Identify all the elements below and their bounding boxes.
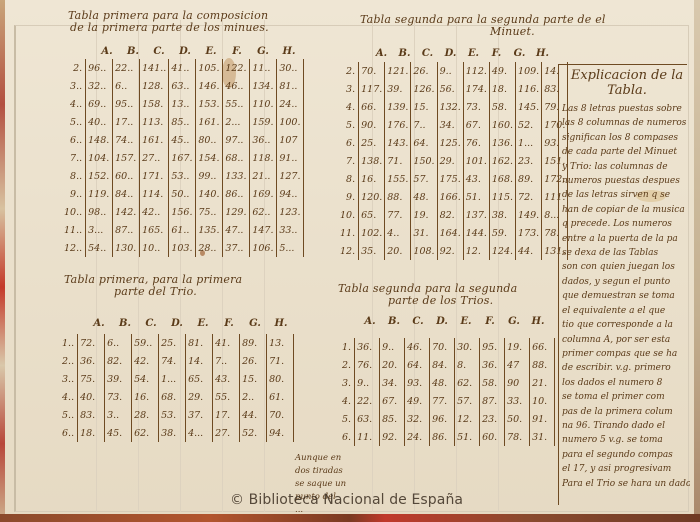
table3-col-c: C. [138, 318, 164, 329]
table-cell: 92. [380, 428, 405, 446]
table2-col-h: H. [531, 48, 554, 59]
table-cell: 44. [240, 406, 267, 424]
table-cell: 58. [480, 374, 505, 392]
table-row: 2.76.20.64.84.8.36.4788. [340, 356, 555, 374]
table-cell: 92. [437, 242, 463, 260]
table-cell: 116. [516, 80, 542, 98]
table-cell: 94.. [277, 185, 304, 203]
table-cell: 42.. [140, 203, 169, 221]
table-cell: 123. [277, 203, 304, 221]
table3-title: Tabla primera, para la primera parte del… [64, 274, 242, 298]
table3-col-f: F. [216, 318, 242, 329]
table-cell: 34. [380, 374, 405, 392]
table1-grid: 2.96..22..141..41..105.122.11..30..3..32… [62, 59, 304, 257]
table-cell: 101. [463, 152, 489, 170]
table-cell: 167. [169, 149, 196, 167]
table-row: 5.63.85.32.96.12.23.50.91. [340, 410, 555, 428]
row-label: 6.. [62, 131, 86, 149]
table-cell: 19. [505, 338, 530, 356]
table4-col-d: D. [430, 316, 454, 327]
table-cell: 100. [277, 113, 304, 131]
table-cell: 90. [359, 116, 385, 134]
table-cell: 78. [505, 428, 530, 446]
explanation-line: q precede. Los numeros [562, 217, 690, 231]
table-row: 4.22.67.49.77.57.87.33.10. [340, 392, 555, 410]
table-cell: 17. [213, 406, 240, 424]
explanation-line: pas de la primera colum [562, 405, 690, 419]
table-cell: 42. [132, 352, 159, 370]
table3-col-e: E. [190, 318, 216, 329]
table-cell: 159. [250, 113, 277, 131]
table-row: 3.117.39.126.56.174.18.116.83. [338, 80, 568, 98]
table-cell: 161. [140, 131, 169, 149]
row-label: 11. [338, 224, 359, 242]
table-cell: 62.. [250, 203, 277, 221]
row-label: 10. [338, 206, 359, 224]
table-cell: 24. [405, 428, 430, 446]
table-cell: 108. [411, 242, 437, 260]
table-cell: 6.. [105, 334, 132, 352]
table-cell: 113. [140, 113, 169, 131]
table-cell: 10.. [140, 239, 169, 257]
table3-col-d: D. [164, 318, 190, 329]
table-cell: 45. [105, 424, 132, 442]
table-cell: 45.. [169, 131, 196, 149]
table-cell: 91. [530, 410, 555, 428]
table-cell: 102. [359, 224, 385, 242]
row-label: 4. [338, 98, 359, 116]
table-cell: 62. [455, 374, 480, 392]
table-cell: 51. [463, 188, 489, 206]
explanation-line: primer compas que se ha [562, 347, 690, 361]
table-cell: 13.. [169, 95, 196, 113]
table-cell: 129. [223, 203, 250, 221]
table-cell: 22.. [113, 59, 140, 77]
table-cell: 63. [355, 410, 380, 428]
table-row: 2..36.82.42.74.14.7..26.71. [60, 352, 294, 370]
row-label: 12. [338, 242, 359, 260]
explanation-line: significan los 8 compases [562, 131, 690, 145]
table-cell: 74.. [113, 131, 140, 149]
table-cell: 112. [463, 62, 489, 80]
table-cell: 20. [380, 356, 405, 374]
table-cell: 33. [505, 392, 530, 410]
table-cell: 76. [355, 356, 380, 374]
table1-title-line2: de la primera parte de los minues. [68, 22, 269, 34]
row-label: 1. [340, 338, 355, 356]
row-label: 9. [338, 188, 359, 206]
explanation-line: Las 8 letras puestas sobre [562, 102, 690, 116]
table-row: 3..32..6..128.63..146.46..134.81.. [62, 77, 304, 95]
table-cell: 21. [530, 374, 555, 392]
table-cell: 9.. [380, 338, 405, 356]
table-cell: 117. [359, 80, 385, 98]
table-cell: 156. [169, 203, 196, 221]
table-row: 4..40.73.16.68.29.55.2..61. [60, 388, 294, 406]
table-cell: 87. [480, 392, 505, 410]
table-cell: 85. [380, 410, 405, 428]
table-cell: 141.. [140, 59, 169, 77]
table-cell: 125. [437, 134, 463, 152]
table-cell: 44. [516, 242, 542, 260]
explanation-line: columna A, por ser esta [562, 333, 690, 347]
explanation-line: que demuestran se toma [562, 289, 690, 303]
table-row: 6.11.92.24.86.51.60.78.31. [340, 428, 555, 446]
table-cell: 67. [380, 392, 405, 410]
table3-col-g: G. [242, 318, 268, 329]
table-cell: 93. [405, 374, 430, 392]
table2-title-line2: Minuet. [360, 26, 606, 38]
table-cell: 154. [196, 149, 223, 167]
table-row: 8.16.155.57.175.43.168.89.172. [338, 170, 568, 188]
row-label: 5. [338, 116, 359, 134]
table-cell: 72. [78, 334, 105, 352]
table4-col-f: F. [478, 316, 502, 327]
table3-col-h: H. [268, 318, 294, 329]
table-cell: 46.. [223, 77, 250, 95]
table-cell: 121. [385, 62, 411, 80]
table-cell: 71. [385, 152, 411, 170]
table-row: 4..69..95..158.13..153.55..110.24.. [62, 95, 304, 113]
table-cell: 84. [430, 356, 455, 374]
table-cell: 99.. [196, 167, 223, 185]
table2-col-e: E. [462, 48, 485, 59]
table-cell: 43. [463, 170, 489, 188]
table-cell: 38. [489, 206, 515, 224]
table-row: 9.120.88.48.166.51.115.72.111. [338, 188, 568, 206]
table4-column-letters: A. B. C. D. E. F. G. H. [358, 316, 550, 327]
explanation-line: Para el Trio se hara un dado [562, 477, 690, 491]
table-cell: 27.. [140, 149, 169, 167]
table-row: 12..54..130.10..103.28..37..106.5... [62, 239, 304, 257]
table-cell: 69.. [86, 95, 113, 113]
table-cell: 58. [489, 98, 515, 116]
table-cell: 19. [411, 206, 437, 224]
table-cell: 143. [385, 134, 411, 152]
table3-title-line2: parte del Trio. [64, 286, 242, 298]
table2-col-a: A. [370, 48, 393, 59]
table-cell: 65. [186, 370, 213, 388]
table-cell: 56. [437, 80, 463, 98]
table-cell: 73. [463, 98, 489, 116]
table-cell: 176. [385, 116, 411, 134]
table-cell: 16. [132, 388, 159, 406]
table-cell: 109. [516, 62, 542, 80]
table1-col-c: C. [146, 46, 172, 57]
table-cell: 3... [86, 221, 113, 239]
row-label: 9.. [62, 185, 86, 203]
table-cell: 39. [105, 370, 132, 388]
table-cell: 21.. [250, 167, 277, 185]
table-cell: 28.. [196, 239, 223, 257]
table-cell: 24.. [277, 95, 304, 113]
table-cell: 164. [437, 224, 463, 242]
row-label: 4.. [62, 95, 86, 113]
row-label: 12.. [62, 239, 86, 257]
table-cell: 89. [240, 334, 267, 352]
table-cell: 27. [213, 424, 240, 442]
table-cell: 135. [196, 221, 223, 239]
table-cell: 132. [437, 98, 463, 116]
table-cell: 71. [267, 352, 294, 370]
table-cell: 81. [186, 334, 213, 352]
table-cell: 28. [132, 406, 159, 424]
table-cell: 142. [113, 203, 140, 221]
table-cell: 23. [516, 152, 542, 170]
row-label: 4. [340, 392, 355, 410]
explanation-line: entre a la puerta de la pa [562, 232, 690, 246]
table-cell: 86.. [223, 185, 250, 203]
table-cell: 51. [455, 428, 480, 446]
table-cell: 12. [463, 242, 489, 260]
explanation-line: numero 5 v.g. se toma [562, 433, 690, 447]
table3-col-a: A. [86, 318, 112, 329]
table-cell: 50.. [169, 185, 196, 203]
table-cell: 34. [437, 116, 463, 134]
table-cell: 38. [159, 424, 186, 442]
table1-title: Tabla primera para la composicion de la … [68, 10, 269, 34]
table3-grid: 1..72.6..59..25.81.41.89.13.2..36.82.42.… [60, 334, 294, 442]
table-cell: 26. [240, 352, 267, 370]
table-cell: 40. [78, 388, 105, 406]
table1-col-a: A. [94, 46, 120, 57]
table-cell: 53.. [169, 167, 196, 185]
table-cell: 140. [196, 185, 223, 203]
table-cell: 30. [455, 338, 480, 356]
table-cell: 137. [463, 206, 489, 224]
table-cell: 130. [113, 239, 140, 257]
table-cell: 98.. [86, 203, 113, 221]
explanation-title-line1: Explicacion de la [566, 68, 688, 83]
table2-col-f: F. [485, 48, 508, 59]
table-cell: 96.. [86, 59, 113, 77]
table-cell: 22. [355, 392, 380, 410]
table-cell: 128. [140, 77, 169, 95]
row-label: 7.. [62, 149, 86, 167]
table-cell: 107 [277, 131, 304, 149]
table-row: 6..18.45.62.38.4...27.52.94. [60, 424, 294, 442]
table-cell: 3.. [105, 406, 132, 424]
row-label: 5.. [60, 406, 78, 424]
table-cell: 95. [480, 338, 505, 356]
explanation-line: dados, y segun el punto [562, 275, 690, 289]
table-cell: 36.. [250, 131, 277, 149]
table-cell: 60. [480, 428, 505, 446]
table-cell: 29. [437, 152, 463, 170]
table-cell: 36. [355, 338, 380, 356]
row-label: 1.. [60, 334, 78, 352]
table-cell: 89. [516, 170, 542, 188]
margin-note-line: dos tiradas [295, 465, 355, 478]
table-cell: 23. [480, 410, 505, 428]
explanation-line: para el segundo compas [562, 448, 690, 462]
table-cell: 4.. [385, 224, 411, 242]
table-row: 10..98..142.42..156.75..129.62..123. [62, 203, 304, 221]
table-cell: 41. [213, 334, 240, 352]
table-cell: 118. [250, 149, 277, 167]
table-cell: 50. [505, 410, 530, 428]
table-cell: 49. [405, 392, 430, 410]
table-cell: 91.. [277, 149, 304, 167]
table-cell: 173. [516, 224, 542, 242]
row-label: 3. [338, 80, 359, 98]
explanation-line: los dados el numero 8 [562, 376, 690, 390]
table-row: 3.9..34.93.48.62.58.9021. [340, 374, 555, 392]
table-cell: 174. [463, 80, 489, 98]
table-cell: 134. [250, 77, 277, 95]
table2-column-letters: A. B. C. D. E. F. G. H. [370, 48, 554, 59]
table-cell: 145. [516, 98, 542, 116]
table-cell: 15. [240, 370, 267, 388]
table-cell: 153. [196, 95, 223, 113]
table-row: 5.90.176.7..34.67.160.52.170. [338, 116, 568, 134]
table-cell: 103. [169, 239, 196, 257]
table-cell: 1... [159, 370, 186, 388]
table-cell: 66. [359, 98, 385, 116]
table-cell: 120. [359, 188, 385, 206]
table-cell: 95.. [113, 95, 140, 113]
table4-col-a: A. [358, 316, 382, 327]
table-cell: 73. [105, 388, 132, 406]
table-cell: 25. [159, 334, 186, 352]
row-label: 2. [340, 356, 355, 374]
table-cell: 169. [250, 185, 277, 203]
table-cell: 49. [489, 62, 515, 80]
table-cell: 168. [489, 170, 515, 188]
table-cell: 37. [186, 406, 213, 424]
row-label: 6. [338, 134, 359, 152]
table-cell: 166. [437, 188, 463, 206]
table2-title-line1: Tabla segunda para la segunda parte de e… [360, 14, 606, 26]
table1-col-h: H. [276, 46, 302, 57]
table-row: 1..72.6..59..25.81.41.89.13. [60, 334, 294, 352]
table-row: 8..152.60..171.53..99..133.21..127. [62, 167, 304, 185]
table1-col-e: E. [198, 46, 224, 57]
table-cell: 158. [140, 95, 169, 113]
table-cell: 88. [530, 356, 555, 374]
manuscript-page: Tabla primera para la composicion de la … [0, 0, 700, 522]
table-cell: 97.. [223, 131, 250, 149]
table4-col-c: C. [406, 316, 430, 327]
table-cell: 46. [405, 338, 430, 356]
table-cell: 14. [186, 352, 213, 370]
table-cell: 106. [250, 239, 277, 257]
table-cell: 7.. [411, 116, 437, 134]
explanation-line: de las letras sirven q se [562, 188, 690, 202]
table4-grid: 1.36.9..46.70.30.95.19.66.2.76.20.64.84.… [340, 338, 555, 446]
table-cell: 17.. [113, 113, 140, 131]
table-cell: 15. [411, 98, 437, 116]
table-cell: 11.. [250, 59, 277, 77]
table-cell: 150. [411, 152, 437, 170]
table-row: 3..75.39.54.1...65.43.15.80. [60, 370, 294, 388]
explanation-line: numeros puestas despues [562, 174, 690, 188]
table-cell: 33.. [277, 221, 304, 239]
table-cell: 36. [78, 352, 105, 370]
table-cell: 133. [223, 167, 250, 185]
table4-title-line2: parte de los Trios. [338, 295, 517, 307]
table-cell: 94. [267, 424, 294, 442]
table-cell: 6.. [113, 77, 140, 95]
table-cell: 66. [530, 338, 555, 356]
table-cell: 32. [405, 410, 430, 428]
table-row: 11..3...87..165.61..135.47..147.33.. [62, 221, 304, 239]
table-cell: 70. [430, 338, 455, 356]
table-row: 7.138.71.150.29.101.162.23.151. [338, 152, 568, 170]
table-cell: 83. [78, 406, 105, 424]
table4-col-b: B. [382, 316, 406, 327]
table2-col-g: G. [508, 48, 531, 59]
table-cell: 76. [463, 134, 489, 152]
table-cell: 72. [516, 188, 542, 206]
table-cell: 47.. [223, 221, 250, 239]
table1-col-g: G. [250, 46, 276, 57]
table-cell: 47 [505, 356, 530, 374]
table-row: 6.25.143.64.125.76.136.1...93. [338, 134, 568, 152]
table-cell: 152. [86, 167, 113, 185]
table-cell: 52. [516, 116, 542, 134]
table-cell: 165. [140, 221, 169, 239]
table-cell: 77. [385, 206, 411, 224]
table-cell: 81.. [277, 77, 304, 95]
table-cell: 32.. [86, 77, 113, 95]
table-cell: 9.. [437, 62, 463, 80]
row-label: 5. [340, 410, 355, 428]
table-cell: 9.. [355, 374, 380, 392]
table-cell: 12. [455, 410, 480, 428]
explanation-line: el 17, y asi progresivam [562, 462, 690, 476]
table-row: 11.102.4..31.164.144.59.173.78. [338, 224, 568, 242]
table-cell: 62. [132, 424, 159, 442]
table-cell: 61. [267, 388, 294, 406]
table-cell: 55. [213, 388, 240, 406]
table-cell: 57. [411, 170, 437, 188]
table-cell: 70. [267, 406, 294, 424]
row-label: 8. [338, 170, 359, 188]
table-cell: 175. [437, 170, 463, 188]
table-cell: 160. [489, 116, 515, 134]
table-row: 9..119.84..114.50..140.86..169.94.. [62, 185, 304, 203]
table-cell: 119. [86, 185, 113, 203]
table-cell: 139. [385, 98, 411, 116]
row-label: 11.. [62, 221, 86, 239]
table-cell: 40.. [86, 113, 113, 131]
table-cell: 65. [359, 206, 385, 224]
table-cell: 138. [359, 152, 385, 170]
table-cell: 2... [223, 113, 250, 131]
table-cell: 31. [530, 428, 555, 446]
table3-column-letters: A. B. C. D. E. F. G. H. [86, 318, 294, 329]
table-row: 7..104.157.27..167.154.68..118.91.. [62, 149, 304, 167]
table-cell: 5... [277, 239, 304, 257]
table-row: 12.35.20.108.92.12.124.44.131. [338, 242, 568, 260]
table-cell: 68.. [223, 149, 250, 167]
table-cell: 148. [86, 131, 113, 149]
table-cell: 162. [489, 152, 515, 170]
table-cell: 115. [489, 188, 515, 206]
table-cell: 53. [159, 406, 186, 424]
row-label: 3.. [62, 77, 86, 95]
page-edge-bottom [0, 514, 700, 522]
margin-note-line: se saque un [295, 478, 355, 491]
table-cell: 136. [489, 134, 515, 152]
table2-col-c: C. [416, 48, 439, 59]
row-label: 3. [340, 374, 355, 392]
row-label: 5.. [62, 113, 86, 131]
table-cell: 77. [430, 392, 455, 410]
table-cell: 36. [480, 356, 505, 374]
row-label: 2.. [60, 352, 78, 370]
